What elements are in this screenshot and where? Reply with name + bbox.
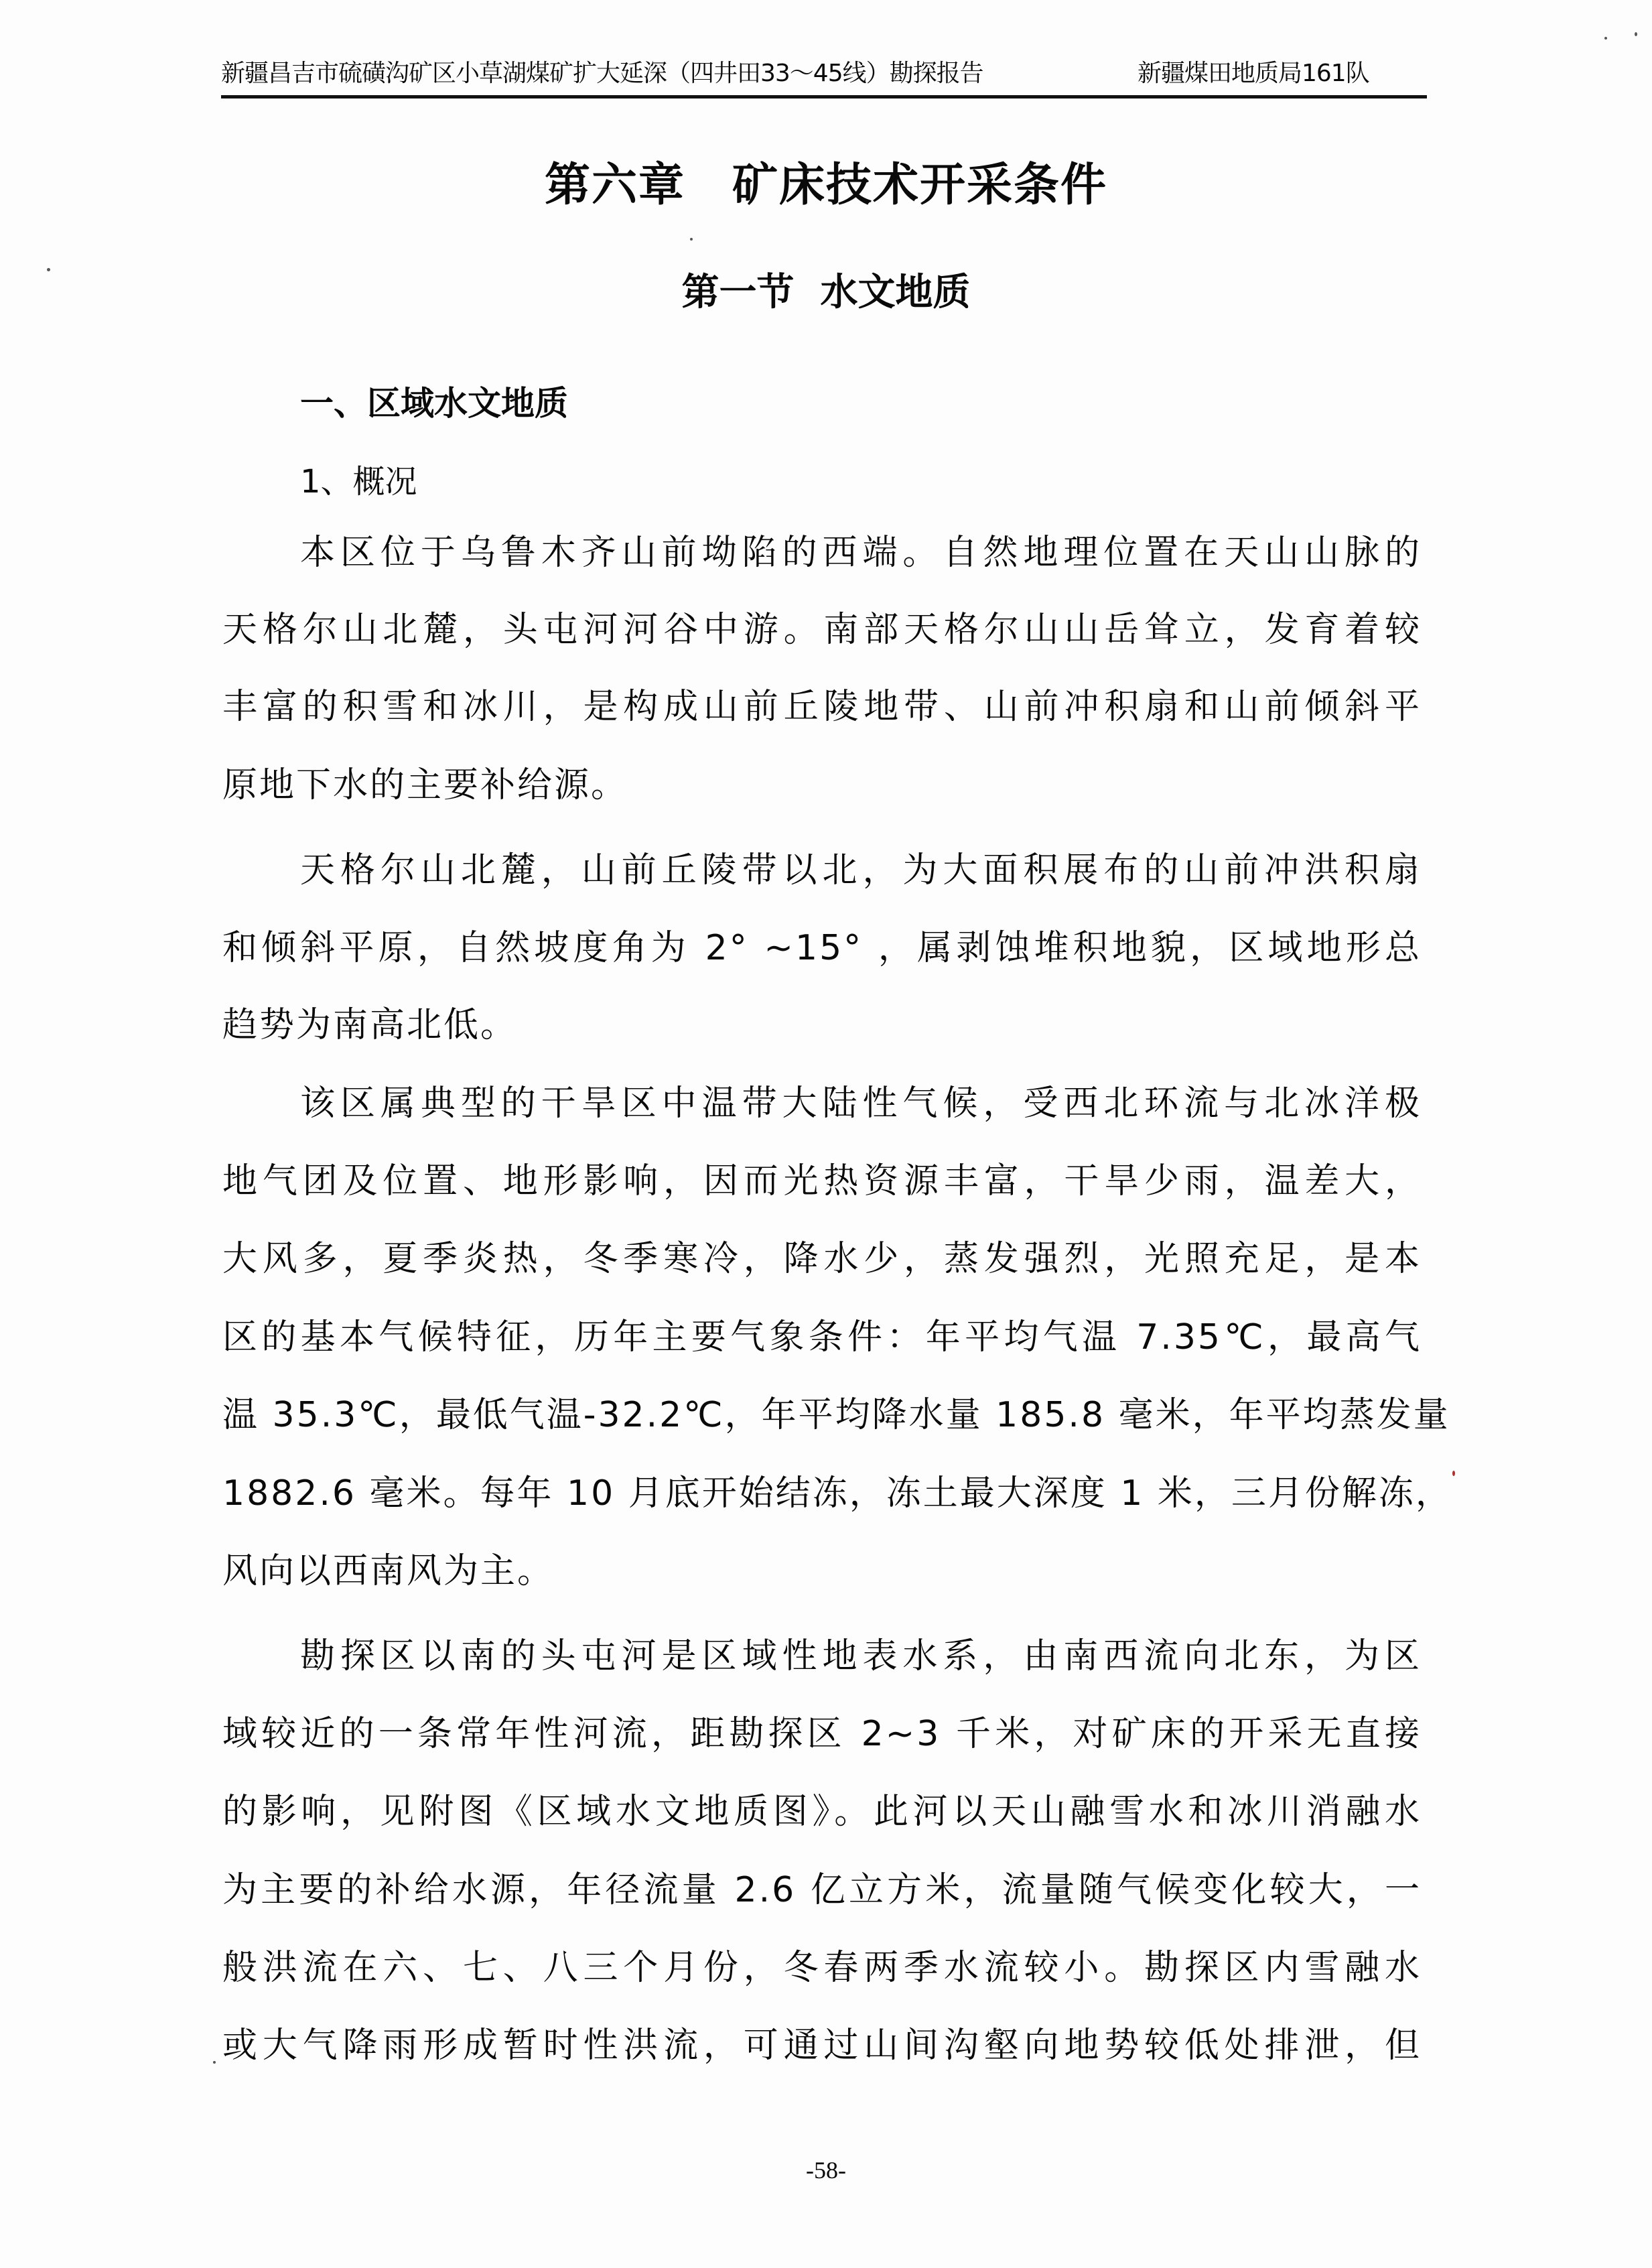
paragraph-4-line-2: 域较近的一条常年性河流，距勘探区 2~3 千米，对矿床的开采无直接	[222, 1711, 1422, 1757]
paragraph-2-line-2: 和倾斜平原，自然坡度角为 2° ~15° ，属剥蚀堆积地貌，区域地形总	[222, 925, 1422, 972]
paragraph-4-line-4: 为主要的补给水源，年径流量 2.6 亿立方米，流量随气候变化较大，一	[222, 1867, 1422, 1914]
report-title: 新疆昌吉市硫磺沟矿区小草湖煤矿扩大延深（四井田33～45线）勘探报告	[221, 55, 983, 92]
scan-speck	[690, 238, 693, 241]
paragraph-1-line-1: 本区位于乌鲁木齐山前坳陷的西端。自然地理位置在天山山脉的	[300, 529, 1422, 576]
scan-speck	[1452, 1471, 1455, 1476]
scan-speck	[1604, 37, 1607, 40]
paragraph-3-line-4: 区的基本气候特征，历年主要气象条件：年平均气温 7.35℃，最高气	[222, 1314, 1422, 1361]
paragraph-1-line-2: 天格尔山北麓，头屯河河谷中游。南部天格尔山山岳耸立，发育着较	[222, 606, 1422, 653]
paragraph-3-line-2: 地气团及位置、地形影响，因而光热资源丰富，干旱少雨，温差大，	[222, 1158, 1422, 1205]
running-header: 新疆昌吉市硫磺沟矿区小草湖煤矿扩大延深（四井田33～45线）勘探报告 新疆煤田地…	[221, 55, 1427, 92]
scan-speck	[705, 854, 707, 858]
scan-speck	[213, 2061, 216, 2064]
page-number: -58-	[0, 2156, 1652, 2184]
section-title: 第一节 水文地质	[0, 263, 1652, 316]
chapter-title: 第六章 矿床技术开采条件	[0, 149, 1652, 214]
paragraph-1-line-3: 丰富的积雪和冰川，是构成山前丘陵地带、山前冲积扇和山前倾斜平	[222, 683, 1422, 730]
paragraph-3-line-5: 温 35.3℃，最低气温-32.2℃，年平均降水量 185.8 毫米，年平均蒸发…	[222, 1392, 1422, 1439]
scan-speck	[47, 268, 50, 271]
subsection-heading: 一、区域水文地质	[300, 377, 568, 425]
paragraph-4-line-6: 或大气降雨形成暂时性洪流，可通过山间沟壑向地势较低处排泄，但	[222, 2022, 1422, 2069]
subsubsection-heading: 1、概况	[300, 456, 417, 502]
paragraph-2-line-3: 趋势为南高北低。	[222, 1002, 1422, 1049]
paragraph-3-line-1: 该区属典型的干旱区中温带大陆性气候，受西北环流与北冰洋极	[300, 1080, 1422, 1127]
paragraph-1-line-4: 原地下水的主要补给源。	[222, 762, 1422, 809]
paragraph-3-line-6: 1882.6 毫米。每年 10 月底开始结冻，冻土最大深度 1 米，三月份解冻，	[222, 1470, 1422, 1517]
paragraph-4-line-3: 的影响，见附图《区域水文地质图》。此河以天山融雪水和冰川消融水	[222, 1788, 1422, 1835]
paragraph-3-line-3: 大风多，夏季炎热，冬季寒冷，降水少，蒸发强烈，光照充足，是本	[222, 1236, 1422, 1282]
scan-speck	[1635, 32, 1637, 36]
organization-name: 新疆煤田地质局161队	[1138, 55, 1369, 92]
paragraph-4-line-5: 般洪流在六、七、八三个月份，冬春两季水流较小。勘探区内雪融水	[222, 1944, 1422, 1991]
document-page: 新疆昌吉市硫磺沟矿区小草湖煤矿扩大延深（四井田33～45线）勘探报告 新疆煤田地…	[0, 0, 1652, 2268]
paragraph-4-line-1: 勘探区以南的头屯河是区域性地表水系，由南西流向北东，为区	[300, 1633, 1422, 1680]
paragraph-3-line-7: 风向以西南风为主。	[222, 1548, 1422, 1595]
header-divider	[221, 95, 1427, 98]
paragraph-2-line-1: 天格尔山北麓，山前丘陵带以北，为大面积展布的山前冲洪积扇	[300, 847, 1422, 894]
